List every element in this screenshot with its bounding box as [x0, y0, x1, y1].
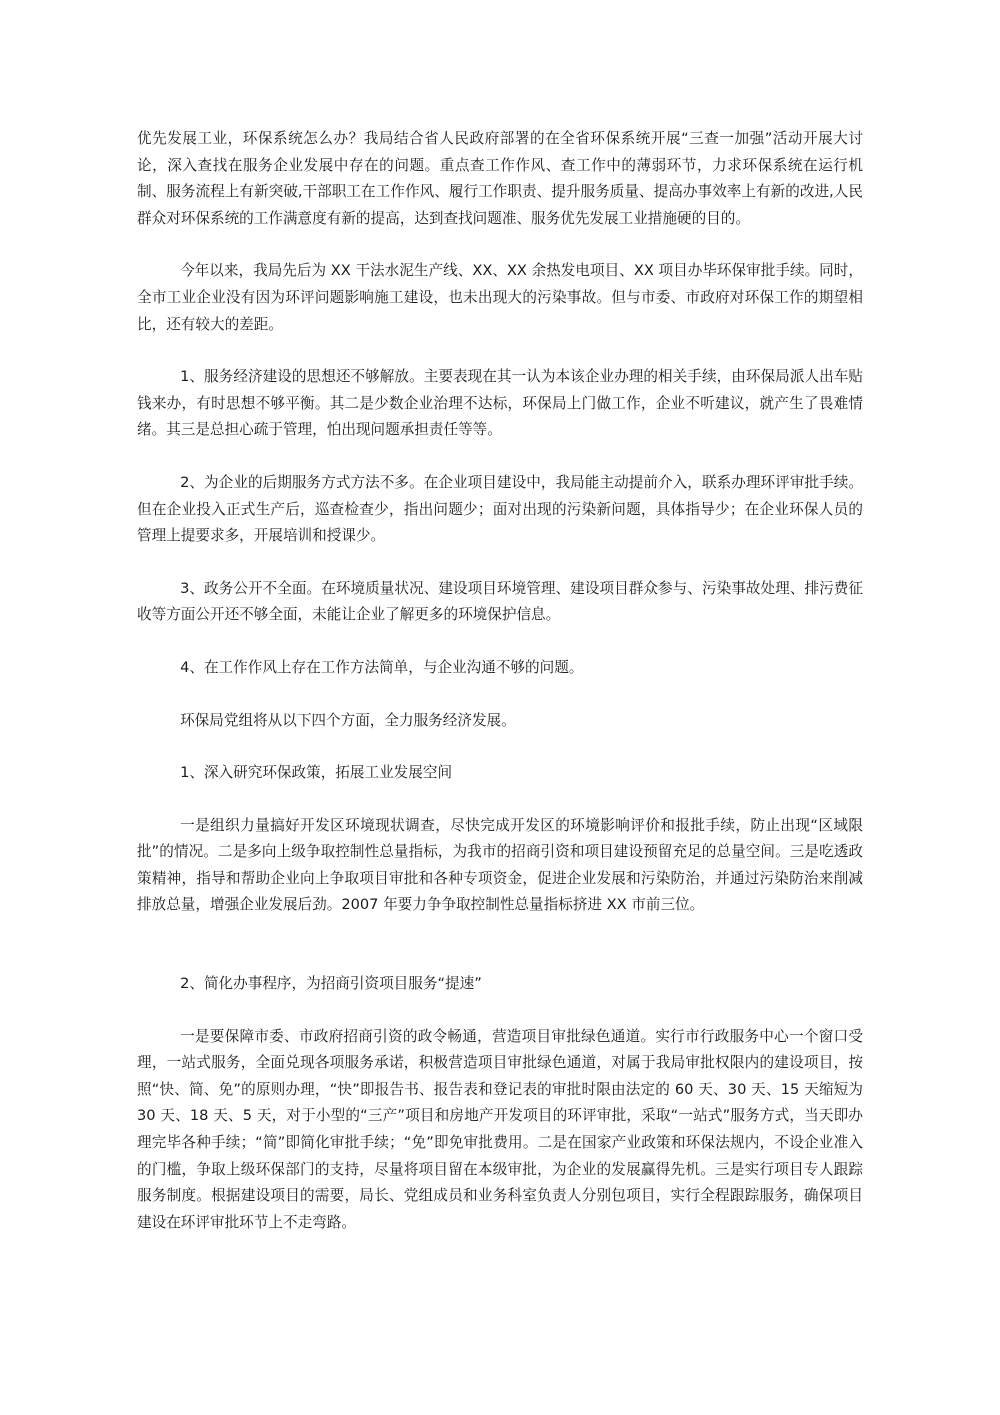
paragraph-measure-1: 一是组织力量搞好开发区环境现状调查，尽快完成开发区的环境影响评价和报批手续，防止…: [137, 813, 863, 919]
paragraph-plan-intro: 环保局党组将从以下四个方面，全力服务经济发展。: [137, 708, 863, 735]
paragraph-measure-2: 一是要保障市委、市政府招商引资的政令畅通，营造项目审批绿色通道。实行市行政服务中…: [137, 1024, 863, 1237]
heading-measure-2: 2、简化办事程序，为招商引资项目服务“提速”: [137, 971, 863, 998]
paragraph-problem-3: 3、政务公开不全面。在环境质量状况、建设项目环境管理、建设项目群众参与、污染事故…: [137, 576, 863, 629]
paragraph-progress: 今年以来，我局先后为 XX 干法水泥生产线、XX、XX 余热发电项目、XX 项目…: [137, 258, 863, 338]
document-page: 优先发展工业，环保系统怎么办？我局结合省人民政府部署的在全省环保系统开展“三查一…: [137, 126, 863, 1236]
heading-measure-1: 1、深入研究环保政策，拓展工业发展空间: [137, 760, 863, 787]
paragraph-intro: 优先发展工业，环保系统怎么办？我局结合省人民政府部署的在全省环保系统开展“三查一…: [137, 126, 863, 232]
paragraph-problem-2: 2、为企业的后期服务方式方法不多。在企业项目建设中，我局能主动提前介入，联系办理…: [137, 470, 863, 550]
paragraph-problem-1: 1、服务经济建设的思想还不够解放。主要表现在其一认为本该企业办理的相关手续，由环…: [137, 364, 863, 444]
paragraph-problem-4: 4、在工作作风上存在工作方法简单，与企业沟通不够的问题。: [137, 655, 863, 682]
